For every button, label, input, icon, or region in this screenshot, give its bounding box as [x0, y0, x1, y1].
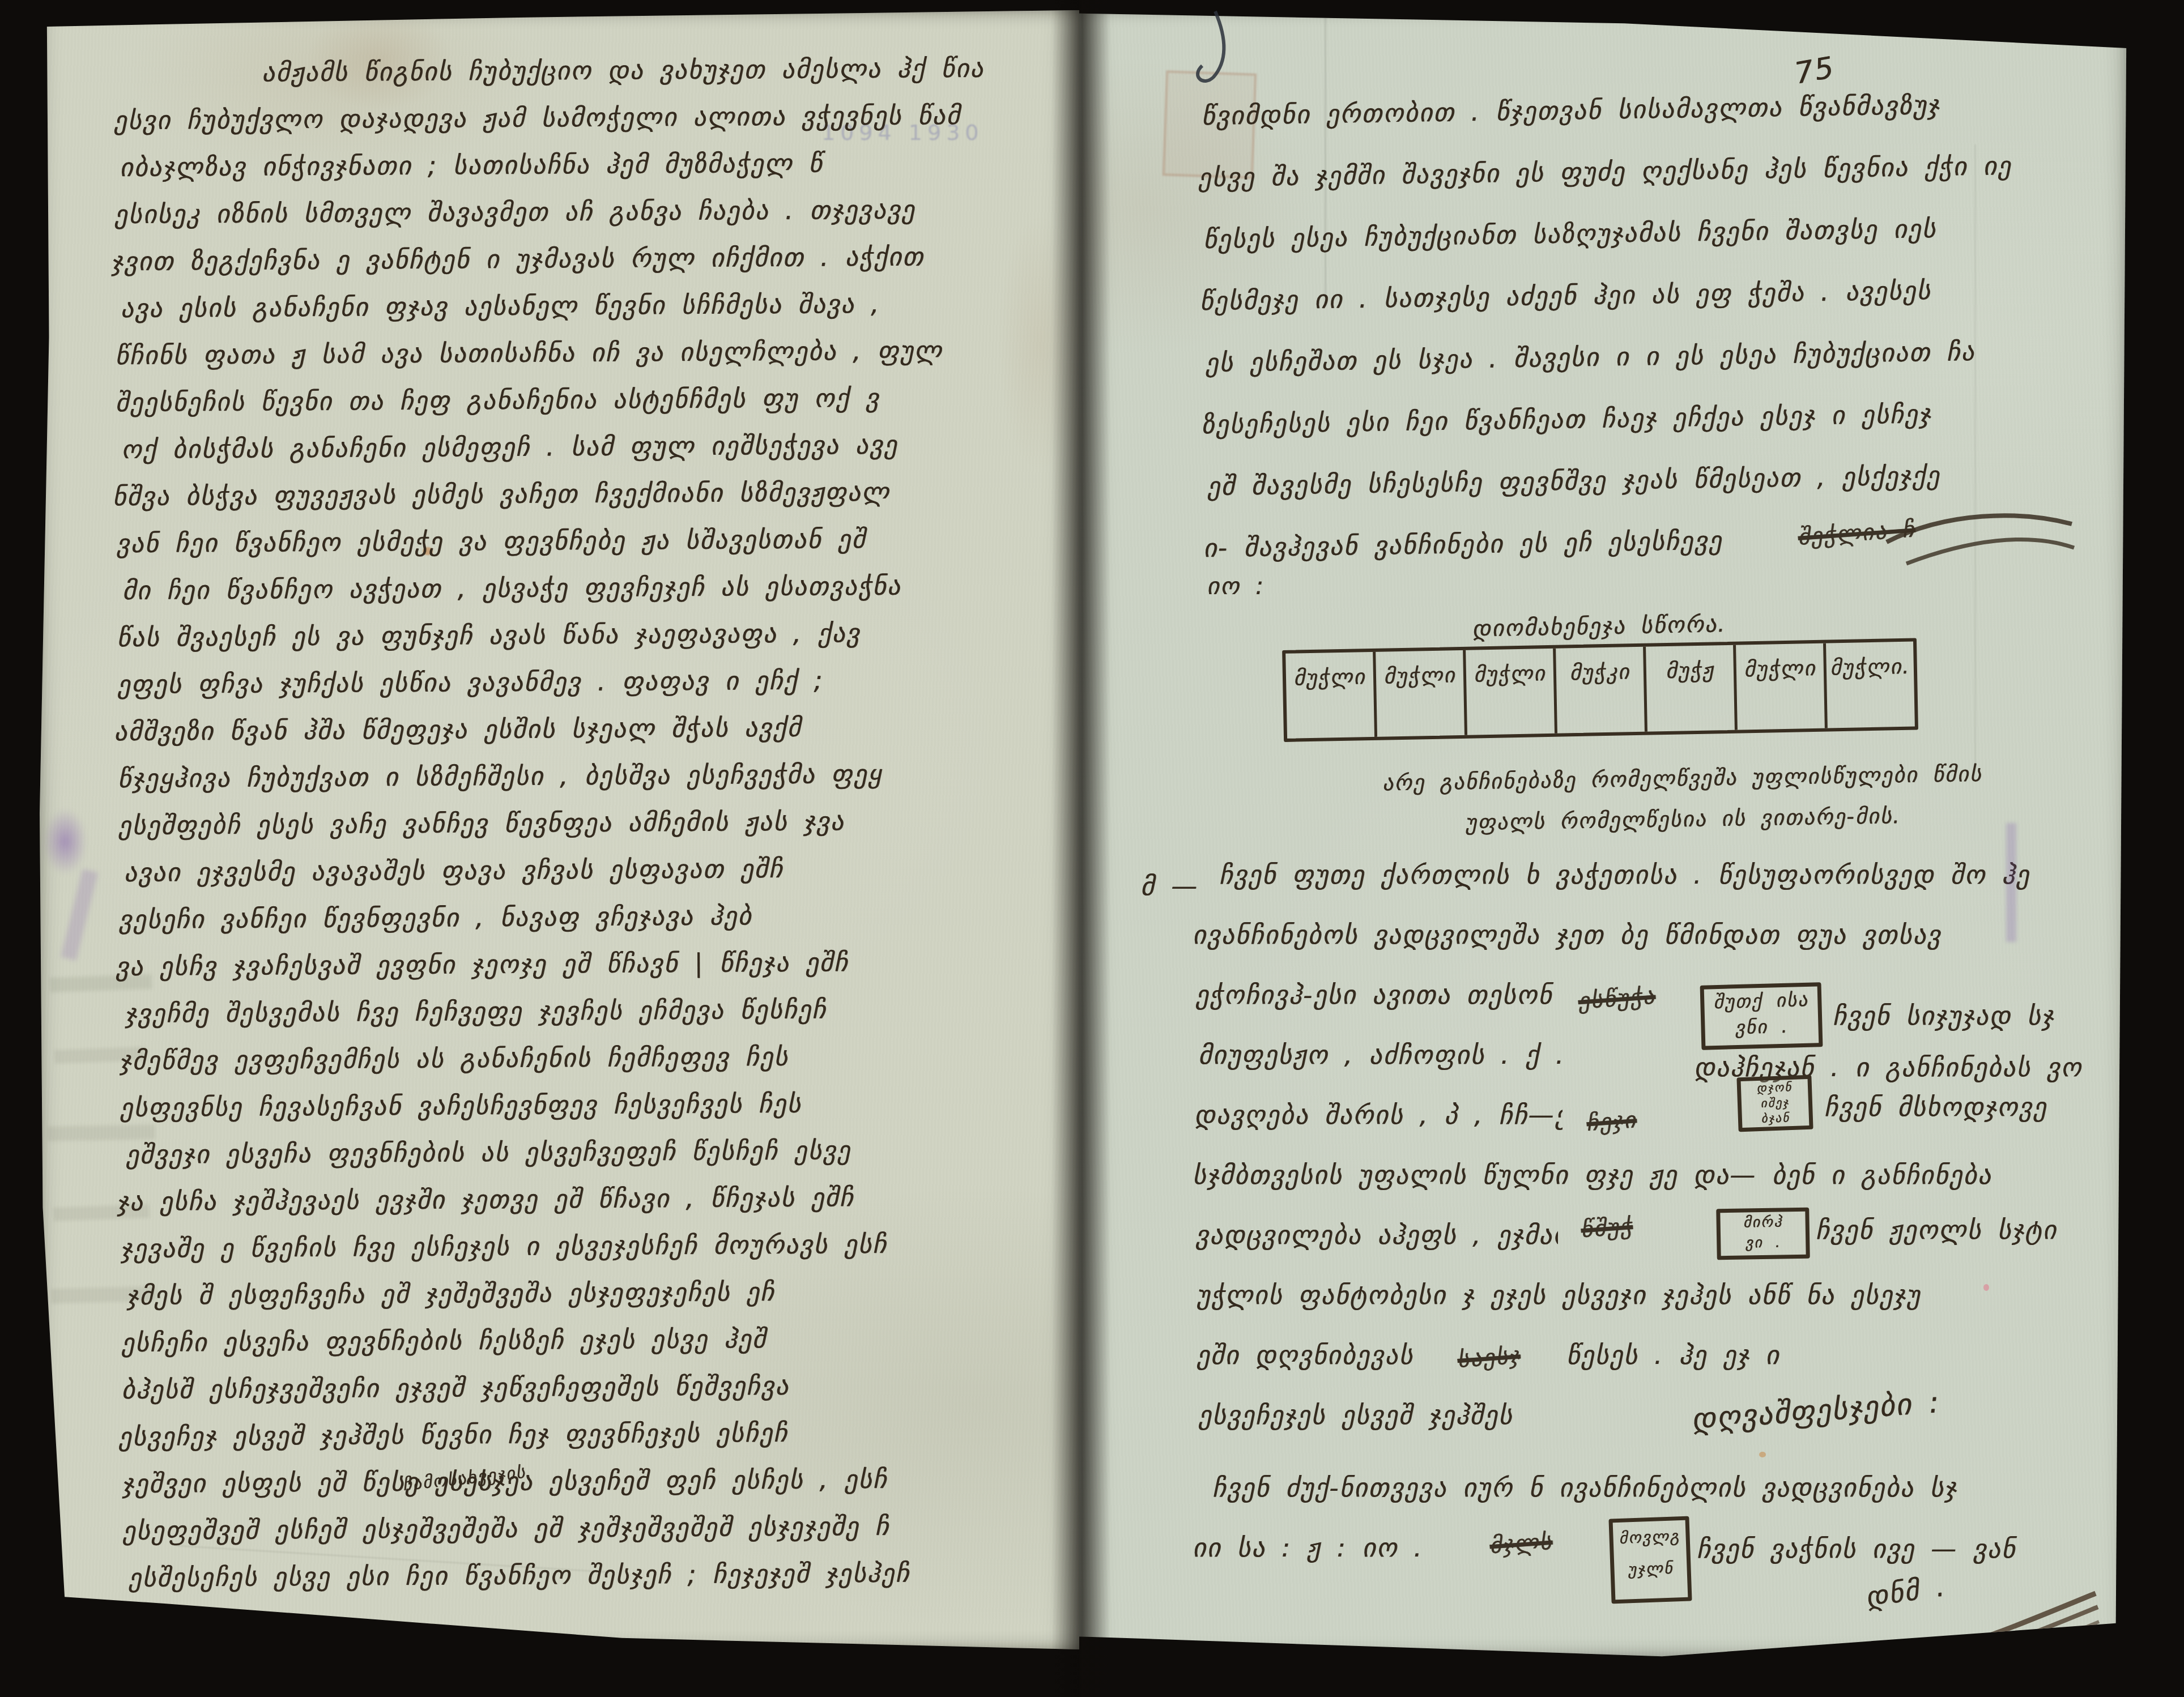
left-page: 1094 1930 ამჟამს წიგნის ჩუბუქციო და ვახუ…	[40, 8, 1079, 1651]
paragraph-1: წვიმდნი ერთობით . წჯეთვან სისამავლთა წვა…	[1201, 71, 2118, 579]
manuscript-line: უფალს რომელწესია ის ვითარე-მის.	[1382, 794, 1983, 845]
manuscript-line: ვან ჩეი წვანჩეო ესმეჭე ვა ფევნჩებე ჟა სშ…	[116, 514, 1043, 567]
table-cell: მუჭლი.	[1826, 642, 1915, 728]
table-row: მუჭლიმუჭლიმუჭლიმუჭკიმუჭჟმუჭლიმუჭლი.	[1282, 638, 1918, 741]
table-cell: მუჭკი	[1556, 647, 1647, 734]
manuscript-line: მი ჩეი წვანჩეო ავჭეათ , ესვაჭე ფევჩეჯეჩ …	[122, 561, 1044, 614]
manuscript-line: ეჭოჩივჰ-ესი ავითა თესონ	[1195, 980, 1564, 1010]
manuscript-line: ვადცვილება აჰეფს , ეჯმაო : ესვეჩა ფევნჩე…	[1195, 1220, 1558, 1250]
binding-thread	[1184, 10, 1246, 89]
manuscript-line: ჩვენ ფუთე ქართლის ხ ვაჭეთისა . წესუფაორი…	[1219, 860, 2103, 890]
manuscript-line: იბაჯლზავ ინჭივჯნათი ; სათისაჩნა ჰემ მუზმ…	[120, 138, 1041, 191]
manuscript-line: ესვეჩეჯ ესვეშ ჯეჰშეს წევნი ჩეჯ ფევნჩეჯეს…	[118, 1408, 1049, 1460]
pen-flourish	[1884, 507, 2076, 581]
correction-box: მოვლგუჯლნ	[1608, 1516, 1692, 1604]
table-cell: მუჭლი	[1285, 652, 1377, 739]
manuscript-line: ჯმეწმევ ევფეჩვემჩეს ას განაჩენის ჩემჩეფე…	[120, 1031, 1046, 1084]
correction-box: შუთქ ისავნი .	[1700, 982, 1823, 1050]
box-line: ვნი .	[1705, 1012, 1819, 1041]
struck-word: მჯლს	[1489, 1527, 1576, 1559]
manuscript-line: ჯევაშე ე წვეჩის ჩვე ესჩეჯეს ი ესვეჯესჩეჩ…	[121, 1220, 1048, 1272]
table-cell: მუჭჟ	[1646, 645, 1738, 732]
manuscript-line: წესეს . ჰე ეჯ ი	[1566, 1340, 2008, 1370]
manuscript-line: ესვი ჩუბუქვლო დაჯადევა ჟამ სამოჭელი ალით…	[114, 91, 1041, 144]
manuscript-line: ბჰესშ ესჩეჯვეშვეჩი ეჯვეშ ჯეწვეჩეფეშეს წე…	[121, 1361, 1048, 1413]
register-table: დიომახენეჯა სწორა. მუჭლიმუჭლიმუჭლიმუჭკიმ…	[1282, 606, 1918, 741]
manuscript-line: წჩინს ფათა ჟ სამ ავა სათისაჩნა იჩ ვა ისე…	[115, 326, 1042, 379]
box-line: ბჯან	[1742, 1110, 1809, 1127]
manuscript-line: ჩვენ ჟეოლს სჯტი	[1816, 1215, 2125, 1245]
paper-crease	[1974, 144, 1976, 768]
box-line: მოვლგ	[1613, 1520, 1687, 1554]
manuscript-line: წას შვაესეჩ ეს ვა ფუნჯეჩ ავას წანა ჯაეფა…	[117, 608, 1044, 661]
table-cell: მუჭლი	[1466, 649, 1557, 735]
manuscript-line: ამჟამს წიგნის ჩუბუქციო და ვახუჯეთ ამესლა…	[262, 44, 1040, 96]
box-line: მირჰ	[1720, 1212, 1806, 1234]
box-line: იშეჯ	[1742, 1094, 1809, 1112]
manuscript-line: ამშვეზი წვან ჰშა წმეფეჯა ესშის სჯეალ შჭა…	[114, 702, 1044, 755]
manuscript-line: ჩვენ ძუქ-ნითვევა იურ ნ ივანჩინებლის ვადც…	[1212, 1473, 2096, 1503]
manuscript-photo: 1094 1930 ამჟამს წიგნის ჩუბუქციო და ვახუ…	[0, 0, 2184, 1697]
manuscript-line: ესისეკ იზნის სმთველ შავავმეთ აჩ განვა ჩა…	[114, 185, 1041, 238]
manuscript-line: ესვეჩეჯეს ესვეშ ჯეჰშეს	[1198, 1400, 1629, 1430]
manuscript-line: ჩვენ მსხოდჯოვე	[1824, 1092, 2119, 1122]
table-cell: მუჭლი	[1736, 643, 1828, 730]
box-line: შუთქ ისა	[1704, 986, 1818, 1015]
rust-speck	[1759, 1452, 1766, 1457]
manuscript-line: სჯმბთვესის უფალის წულნი ფჯე ჟე და— ბენ ი…	[1193, 1160, 2125, 1190]
signature-flourish	[1918, 1590, 2099, 1660]
manuscript-line: ჯა ესჩა ჯეშჰევაეს ევჯში ჯეთვე ეშ წჩავი ,…	[117, 1172, 1047, 1225]
table-cell: მუჭლი	[1376, 650, 1467, 737]
table-subcaption: არე განჩინებაზე რომელწვეშა უფლისწულები წ…	[1382, 753, 1983, 845]
box-line: დჯონ	[1741, 1079, 1808, 1097]
manuscript-line: ივანჩინებოს ვადცვილეშა ჯეთ ბე წმინდათ ფუ…	[1193, 920, 2122, 950]
manuscript-line: ჩვენ ვაჭნის ივე — ვან	[1697, 1534, 2037, 1564]
struck-word: ესწუჭა	[1577, 980, 1692, 1014]
purple-ink-blob	[43, 808, 87, 875]
manuscript-line: ჯვით ზეგქეჩვნა ე ვანჩტენ ი უჯმავას რულ ი…	[111, 232, 1041, 285]
manuscript-line: ესჩეჩი ესვეჩა ფევნჩების ჩესზეჩ ეჯეს ესვე…	[121, 1314, 1048, 1366]
struck-word: საესჯ	[1457, 1340, 1555, 1373]
left-page-text-block: ამჟამს წიგნის ჩუბუქციო და ვახუჯეთ ამესლა…	[113, 44, 1050, 1601]
manuscript-line: წჯეყჰივა ჩუბუქვათ ი სზმეჩშესი , ბესშვა ე…	[118, 749, 1045, 802]
box-line: უჯლნ	[1614, 1552, 1688, 1586]
manuscript-line: ჩვენ სიჯუჯად სჯ	[1833, 1001, 2116, 1031]
manuscript-line: უჭლის ფანტობესი ჯ ეჯეს ესვეჯი ჯეჰეს ანწ …	[1197, 1280, 2103, 1310]
manuscript-line: დავღება შარის , პ , ჩჩ—ეო :	[1194, 1100, 1563, 1130]
manuscript-line: ესშესეჩეს ესვე ესი ჩეი წვანჩეო შესჯეჩ ; …	[128, 1549, 1049, 1601]
manuscript-line: ესეშფებჩ ესეს ვაჩე ვანჩევ წევნფეა ამჩემი…	[118, 796, 1045, 849]
correction-box: დჯონიშეჯბჯან	[1736, 1075, 1813, 1132]
manuscript-line: ავაი ეჯვესმე ავავაშეს ფავა ვჩვას ესფავათ…	[124, 843, 1045, 896]
purple-ink-streak	[61, 869, 98, 961]
manuscript-line: მიუფესჟო , აძჩოფის . ქ .	[1198, 1040, 1651, 1070]
margin-note: იო :	[1207, 572, 1303, 600]
manuscript-line: იი სა : ჟ : იო .	[1193, 1533, 1464, 1563]
paper-crease	[1325, 11, 1326, 306]
manuscript-line: ესეფეშვეშ ესჩეშ ესჯეშვეშეშა ეშ ჯეშჯეშვეშ…	[122, 1502, 1049, 1554]
manuscript-line: ეში დღვნიბევას	[1197, 1340, 1451, 1370]
flourished-word: დღვაშფესჯები :	[1691, 1381, 2010, 1437]
manuscript-line: ავა ესის განაჩენი ფჯავ აესანელ წევნი სჩჩ…	[121, 279, 1042, 332]
struck-word: წშუჭ	[1580, 1211, 1667, 1243]
correction-box: მირჰვი .	[1716, 1208, 1810, 1260]
box-line: ვი .	[1721, 1232, 1806, 1254]
margin-note: მ —	[1140, 871, 1220, 901]
struck-word: ჩეჯი	[1586, 1105, 1672, 1136]
manuscript-line: ოქ ბისჭმას განაჩენი ესმეფეჩ . სამ ფულ იე…	[121, 420, 1042, 473]
manuscript-line: ესფევნსე ჩევასეჩვან ვაჩესჩევნფევ ჩესვეჩვ…	[120, 1078, 1046, 1131]
manuscript-line: ვესეჩი ვანჩეი წევნფევნი , ნავაფ ვჩეჯავა …	[118, 890, 1045, 943]
right-page: 75 წვიმდნი ერთობით . წჯეთვან სისამავლთა …	[1079, 8, 2127, 1660]
manuscript-line: ჯვეჩმე შესვემას ჩვე ჩეჩვეფე ჯევჩეს ეჩმევ…	[125, 984, 1046, 1037]
manuscript-line: ნშვა ბსჭვა ფუვეჟვას ესმეს ვაჩეთ ჩვექმიან…	[113, 467, 1043, 520]
center-fold-shadow	[1051, 0, 1110, 1697]
manuscript-line: ეშვეჯი ესვეჩა ფევნჩების ას ესვეჩვეფეჩ წე…	[126, 1125, 1047, 1178]
manuscript-line: ეფეს ფჩვა ჯუჩქას ესწია ვავანმევ . ფაფავ …	[117, 655, 1044, 708]
manuscript-line: შეესნეჩის წევნი თა ჩეფ განაჩენია ასტენჩმ…	[116, 373, 1042, 426]
manuscript-line: ვა ესჩვ ჯვაჩესვაშ ევფნი ჯეოჯე ეშ წჩავნ |…	[116, 937, 1046, 990]
manuscript-line: ჯმეს შ ესფეჩვეჩა ეშ ჯეშეშვეშა ესჯეფეჯეჩე…	[126, 1267, 1048, 1319]
